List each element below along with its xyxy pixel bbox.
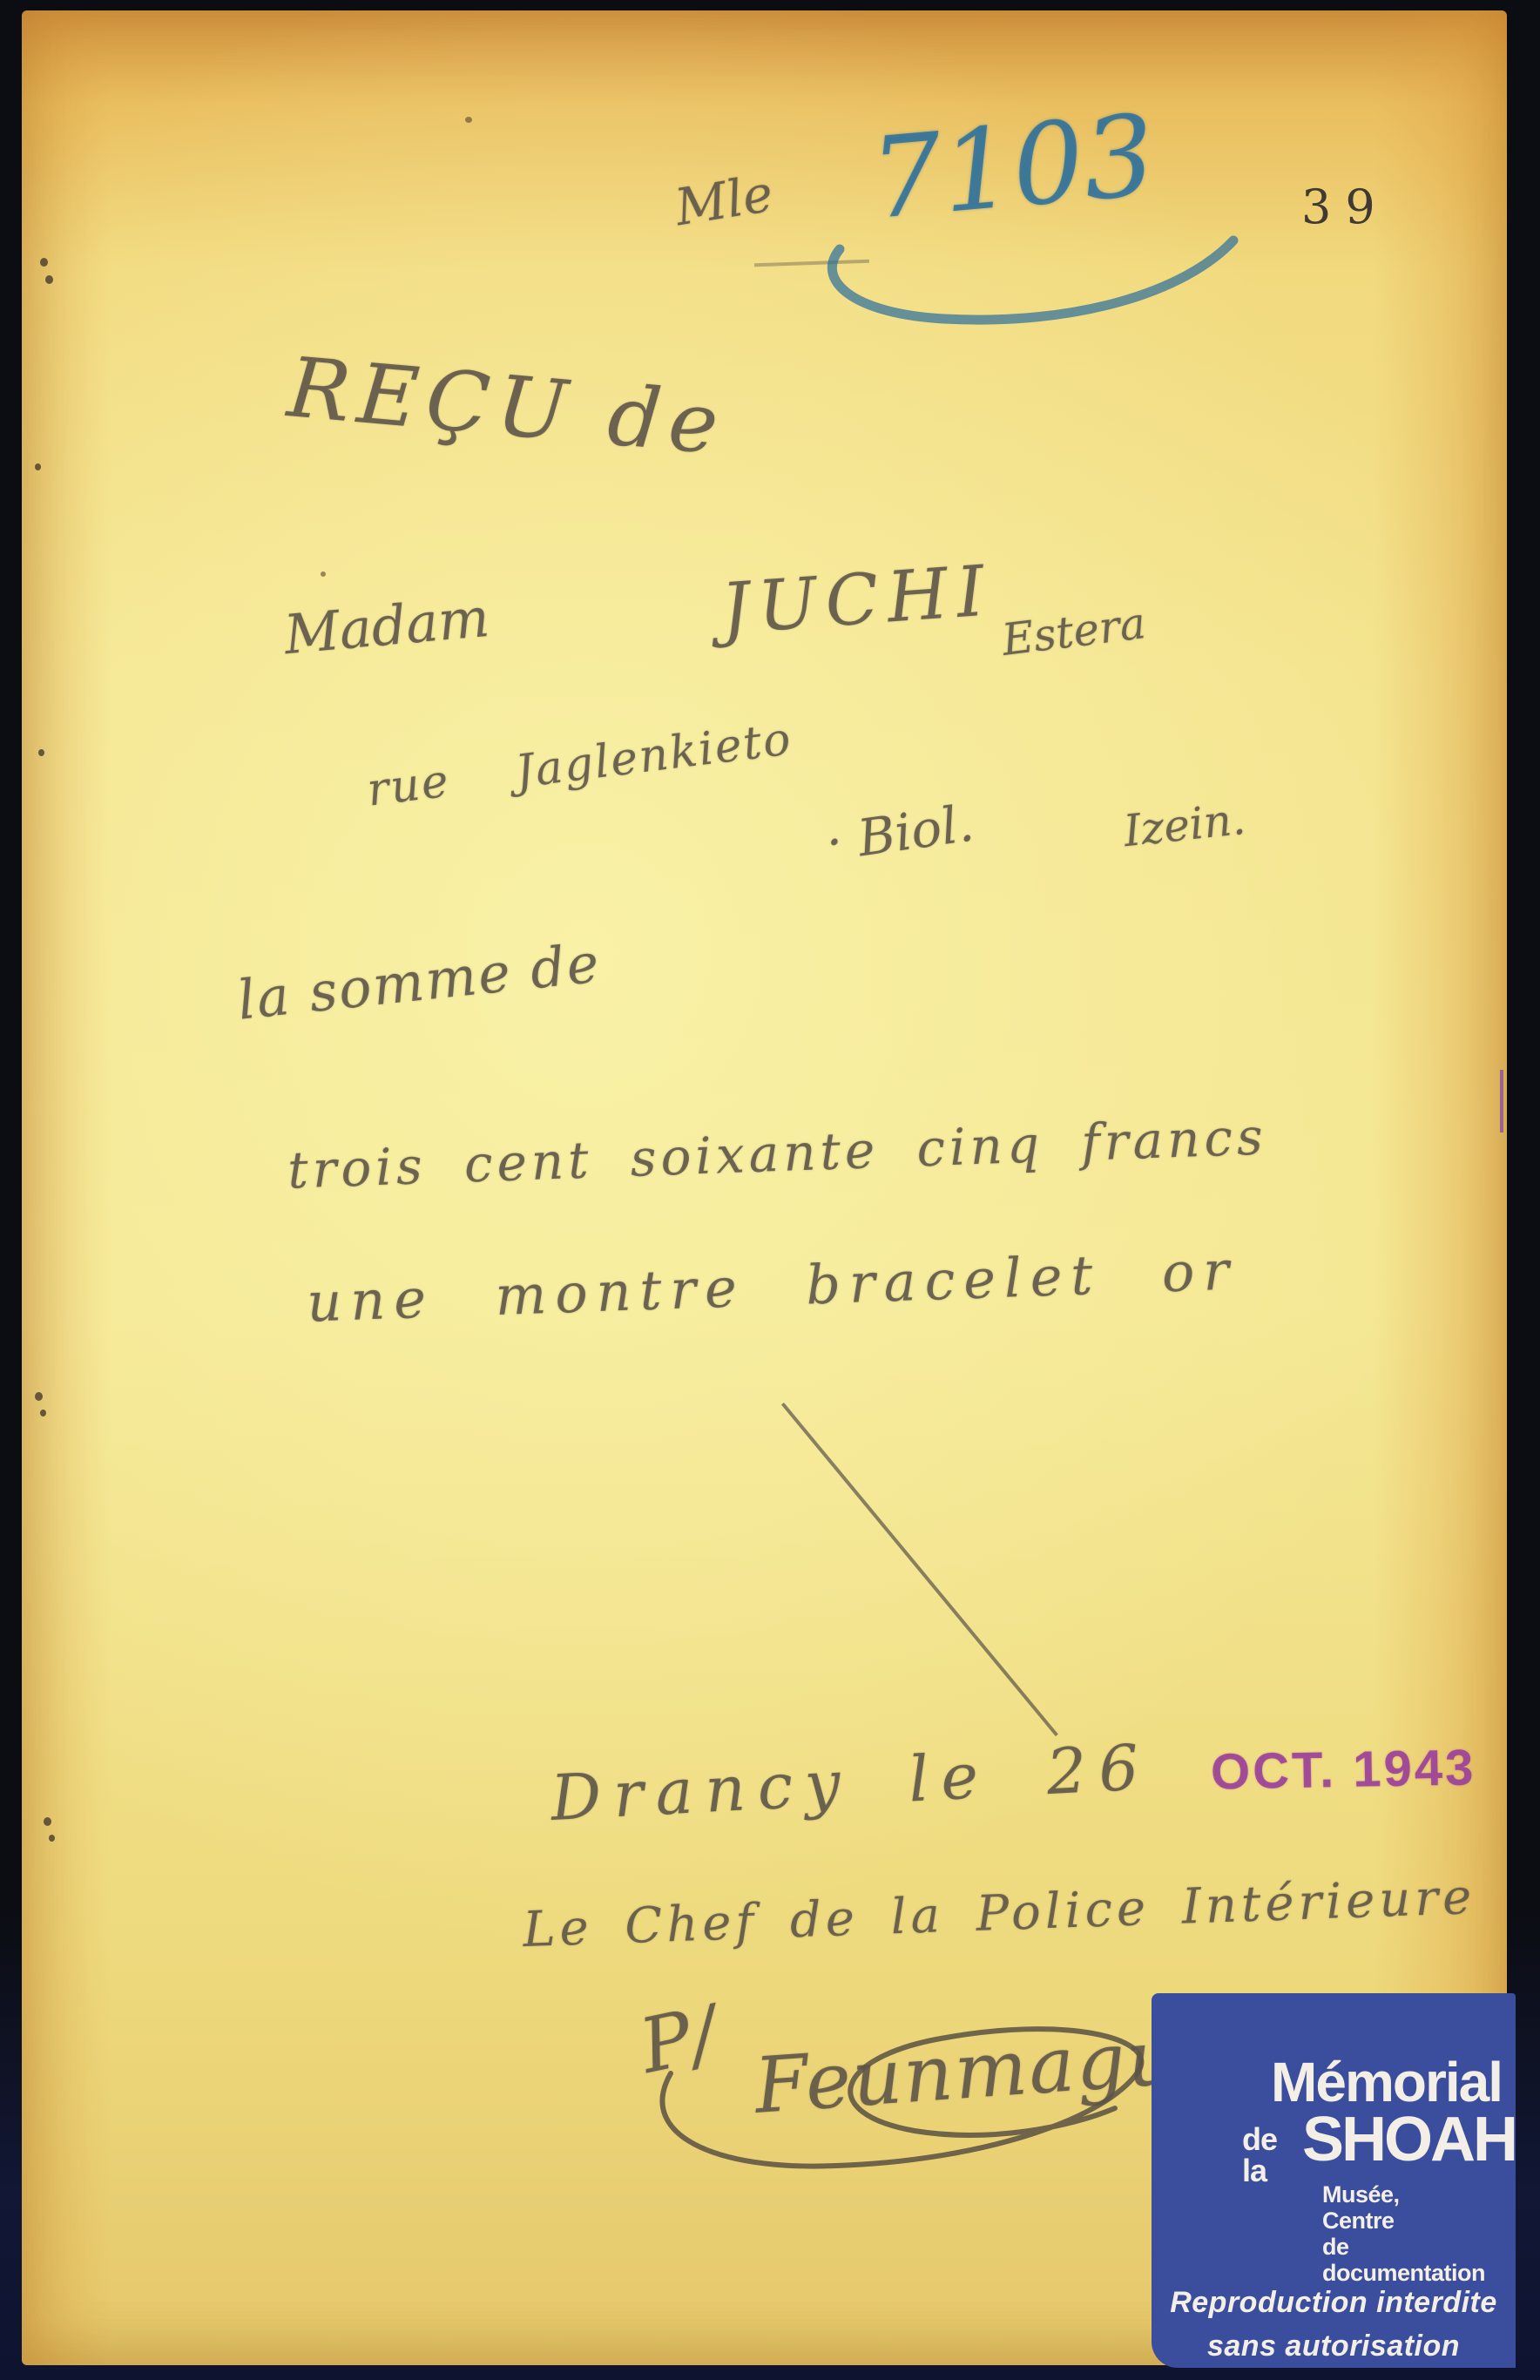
punch-mark xyxy=(40,258,48,267)
watermark-brand-line1: Mémorial xyxy=(1271,2054,1502,2110)
archive-watermark: Mémorial de la SHOAH Musée, Centre de do… xyxy=(1152,1993,1516,2368)
watermark-shoah: SHOAH xyxy=(1302,2108,1516,2171)
punch-mark xyxy=(44,1817,51,1826)
punch-mark xyxy=(35,1392,43,1401)
punch-mark xyxy=(45,275,53,284)
punch-mark xyxy=(35,463,41,470)
watermark-subtitle-line2: Centre xyxy=(1322,2208,1516,2234)
watermark-subtitle-line1: Musée, xyxy=(1322,2181,1516,2208)
reproduction-notice-line2: sans autorisation xyxy=(1152,2329,1516,2363)
registration-number: 7103 xyxy=(866,91,1159,245)
underline-flourish xyxy=(805,225,1240,347)
date-stamp: OCT. 1943 xyxy=(1210,1738,1476,1801)
punch-mark xyxy=(38,749,44,756)
ink-mark xyxy=(1500,1070,1503,1133)
watermark-subtitle-line3: de documentation xyxy=(1322,2234,1516,2286)
punch-mark xyxy=(49,1835,55,1842)
reproduction-notice-line1: Reproduction interdite xyxy=(1152,2286,1516,2320)
scanned-receipt-page: Mle 7103 39 REÇU de Madam JUCHI Estera r… xyxy=(0,0,1540,2380)
punch-mark xyxy=(40,1410,46,1417)
watermark-dela: de la xyxy=(1242,2124,1297,2187)
paper-speck xyxy=(465,117,472,123)
watermark-subtitle: Musée, Centre de documentation xyxy=(1322,2181,1516,2286)
folio-number: 39 xyxy=(1301,179,1389,234)
paper-speck xyxy=(321,571,326,577)
